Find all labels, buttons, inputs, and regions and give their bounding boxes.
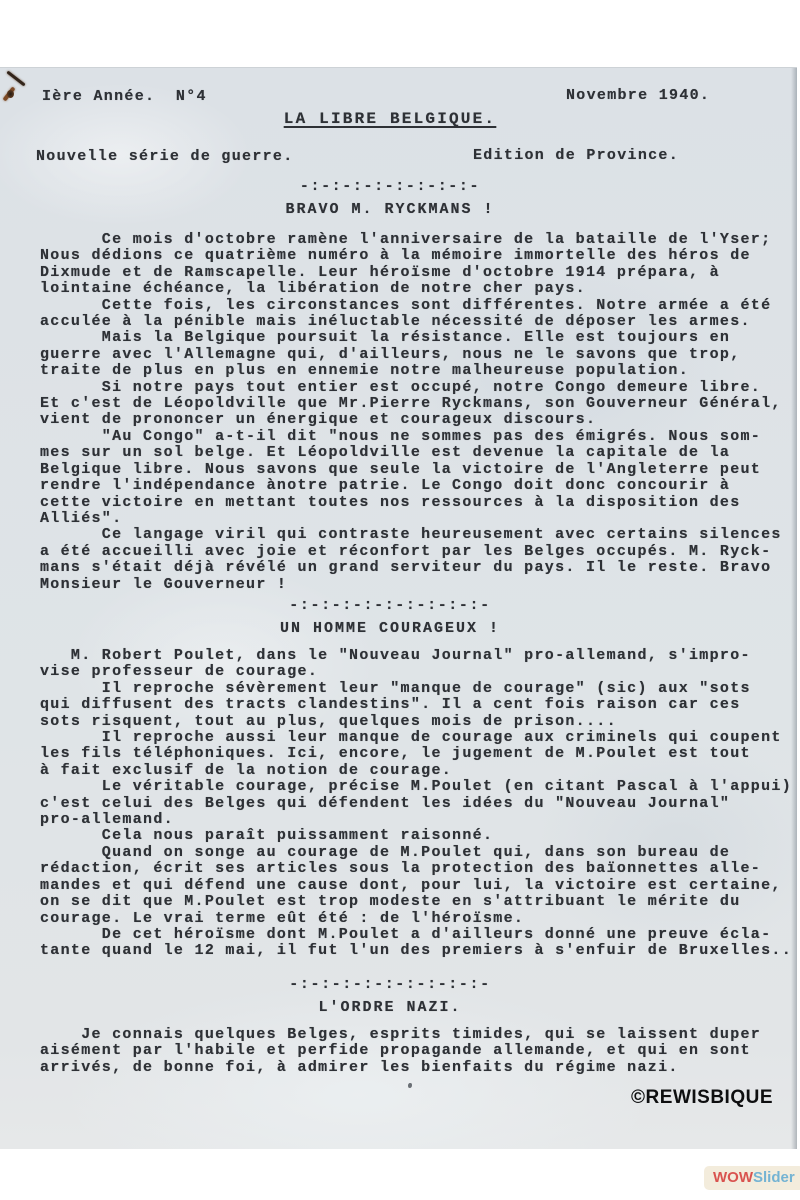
wowslider-badge[interactable]: WOWSlider [704, 1166, 800, 1190]
edition-label: Edition de Province. [473, 148, 679, 164]
series-label: Nouvelle série de guerre. [36, 149, 294, 165]
burn-mark-stroke [6, 71, 25, 87]
slider-frame: Ière Année. N°4 Novembre 1940. LA LIBRE … [0, 0, 800, 1200]
wowslider-slider-text: Slider [753, 1169, 795, 1186]
burn-mark [0, 70, 32, 114]
newspaper-title: LA LIBRE BELGIQUE. [0, 111, 780, 127]
scanned-document: Ière Année. N°4 Novembre 1940. LA LIBRE … [0, 67, 797, 1149]
article-body-homme-courageux: M. Robert Poulet, dans le "Nouveau Journ… [40, 648, 792, 960]
article-heading-bravo-ryckmans: BRAVO M. RYCKMANS ! [0, 202, 780, 218]
copyright-watermark: ©REWISBIQUE [631, 1087, 773, 1109]
wowslider-wow-text: WOW [713, 1169, 753, 1186]
issue-label: Ière Année. N°4 [42, 89, 207, 105]
article-body-ordre-nazi: Je connais quelques Belges, esprits timi… [40, 1027, 761, 1076]
section-separator: -:-:-:-:-:-:-:-:-:- [0, 598, 780, 614]
article-heading-ordre-nazi: L'ORDRE NAZI. [0, 1000, 780, 1016]
section-separator: -:-:-:-:-:-:-:-:- [0, 179, 780, 195]
article-body-bravo-ryckmans: Ce mois d'octobre ramène l'anniversaire … [40, 232, 782, 593]
date-label: Novembre 1940. [566, 88, 710, 104]
article-heading-homme-courageux: UN HOMME COURAGEUX ! [0, 621, 780, 637]
burn-mark-blob [7, 90, 14, 98]
paper-speck [408, 1083, 412, 1088]
section-separator: -:-:-:-:-:-:-:-:-:- [0, 977, 780, 993]
